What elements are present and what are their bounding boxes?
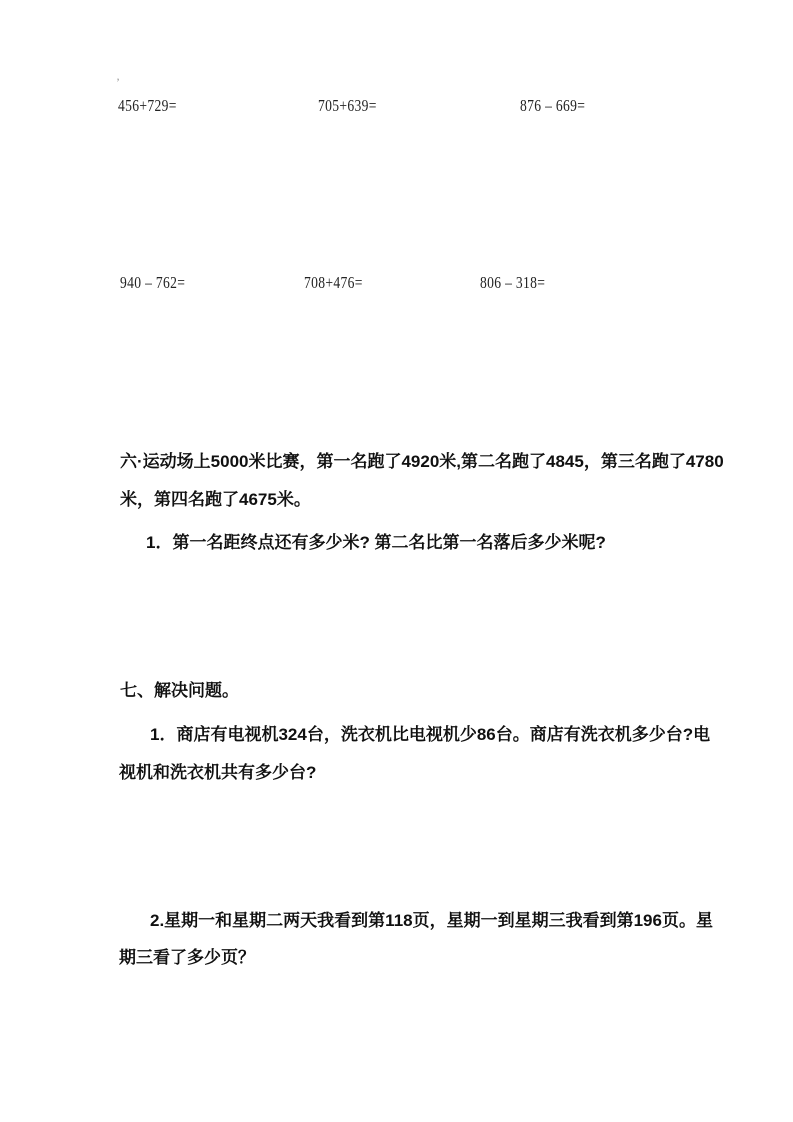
section-six-intro-line-2: 米，第四名跑了4675米。 xyxy=(120,490,311,510)
equation-876-minus-669: 876 – 669= xyxy=(520,97,585,114)
equation-456-plus-729: 456+729= xyxy=(118,97,177,114)
section-seven-heading: 七、解决问题。 xyxy=(120,681,239,701)
section-seven-problem-2-line-2: 期三看了多少页？ xyxy=(119,948,255,968)
section-six-question-1: 1．第一名距终点还有多少米? 第二名比第一名落后多少米呢? xyxy=(146,533,606,553)
equation-708-plus-476: 708+476= xyxy=(304,274,363,291)
equation-940-minus-762: 940 – 762= xyxy=(120,274,185,291)
section-seven-problem-1-line-1: 1．商店有电视机324台，洗衣机比电视机少86台。商店有洗衣机多少台?电 xyxy=(150,725,710,745)
section-six-intro-line-1: 六·运动场上5000米比赛，第一名跑了4920米,第二名跑了4845，第三名跑了… xyxy=(120,452,724,472)
equation-705-plus-639: 705+639= xyxy=(318,97,377,114)
equation-806-minus-318: 806 – 318= xyxy=(480,274,545,291)
worksheet-page: ’ 456+729= 705+639= 876 – 669= 940 – 762… xyxy=(0,0,793,1122)
scan-speck: ’ xyxy=(116,76,120,88)
section-seven-problem-1-line-2: 视机和洗衣机共有多少台? xyxy=(119,763,316,783)
section-seven-problem-2-line-1: 2.星期一和星期二两天我看到第118页，星期一到星期三我看到第196页。星 xyxy=(150,911,713,931)
